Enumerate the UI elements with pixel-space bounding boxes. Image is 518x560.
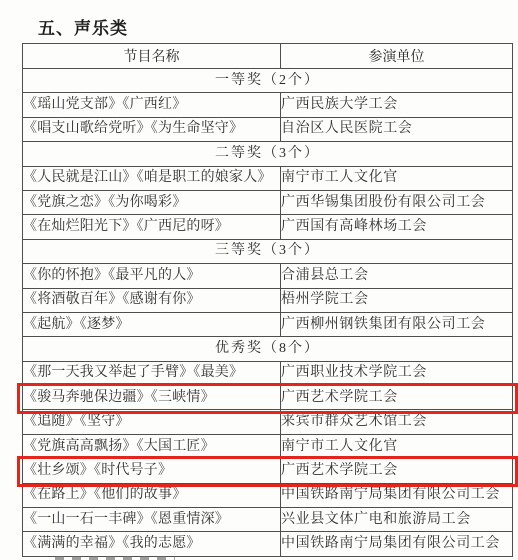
program-cell: 《骏马奔驰保边疆》《三峡情》 — [23, 386, 281, 410]
program-cell: 《人民就是江山》《咱是职工的娘家人》 — [23, 166, 281, 190]
program-cell: 《党旗高高飘扬》《大国工匠》 — [23, 434, 281, 458]
unit-cell: 合浦县总工会 — [281, 264, 513, 288]
unit-cell: 南宁市工人文化官 — [281, 166, 513, 190]
unit-cell: 中国铁路南宁局集团有限公司工会 — [281, 483, 513, 507]
unit-cell: 南宁市工人文化官 — [281, 434, 513, 458]
unit-cell: 广西民族大学工会 — [281, 93, 513, 117]
unit-cell: 自治区人民医院工会 — [281, 117, 513, 141]
table-row: 《满满的幸福》《我的志愿》中国铁路南宁局集团有限公司工会 — [23, 532, 513, 556]
program-cell: 《起航》《逐梦》 — [23, 312, 281, 336]
program-cell: 《你的怀抱》《最平凡的人》 — [23, 264, 281, 288]
table-row: 《党旗之恋》《为你喝彩》广西华锡集团股份有限公司工会 — [23, 190, 513, 214]
program-cell: 《将酒敬百年》《感谢有你》 — [23, 288, 281, 312]
table-row: 《人民就是江山》《咱是职工的娘家人》南宁市工人文化官 — [23, 166, 513, 190]
program-cell: 《瑶山党支部》《广西红》 — [23, 93, 281, 117]
section-label: 二等奖（3个） — [23, 142, 513, 166]
table-row: 《在路上》《他们的故事》中国铁路南宁局集团有限公司工会 — [23, 483, 513, 507]
program-cell: 《唱支山歌给党听》《为生命坚守》 — [23, 117, 281, 141]
program-cell: 《党旗之恋》《为你喝彩》 — [23, 190, 281, 214]
section-row: 二等奖（3个） — [23, 142, 513, 166]
unit-cell: 来宾市群众艺术馆工会 — [281, 410, 513, 434]
table-row: 《唱支山歌给党听》《为生命坚守》自治区人民医院工会 — [23, 117, 513, 141]
section-label: 三等奖（3个） — [23, 239, 513, 263]
unit-cell: 广西国有高峰林场工会 — [281, 215, 513, 239]
table-row: 《壮乡颂》《时代号子》广西艺术学院工会 — [23, 459, 513, 483]
table-row: 《在灿烂阳光下》《广西尼的呀》广西国有高峰林场工会 — [23, 215, 513, 239]
table-header: 节目名称 参演单位 — [23, 44, 513, 69]
header-row: 节目名称 参演单位 — [23, 44, 513, 69]
table-row: 《骏马奔驰保边疆》《三峡情》广西艺术学院工会 — [23, 386, 513, 410]
table-row: 《瑶山党支部》《广西红》广西民族大学工会 — [23, 93, 513, 117]
unit-cell: 广西柳州钢铁集团有限公司工会 — [281, 312, 513, 336]
awards-table: 节目名称 参演单位 一等奖（2个）《瑶山党支部》《广西红》广西民族大学工会《唱支… — [22, 43, 513, 557]
table-row: 《一山一石一丰碑》《恩重情深》兴业县文体广电和旅游局工会 — [23, 508, 513, 532]
section-label: 优秀奖（8个） — [23, 337, 513, 361]
bottom-cutoff-text — [55, 556, 175, 560]
program-cell: 《那一天我又举起了手臂》《最美》 — [23, 361, 281, 385]
table-row: 《党旗高高飘扬》《大国工匠》南宁市工人文化官 — [23, 434, 513, 458]
header-performing-unit: 参演单位 — [281, 44, 513, 69]
unit-cell: 广西艺术学院工会 — [281, 459, 513, 483]
table-row: 《起航》《逐梦》广西柳州钢铁集团有限公司工会 — [23, 312, 513, 336]
table-row: 《追随》《坚守》来宾市群众艺术馆工会 — [23, 410, 513, 434]
section-row: 三等奖（3个） — [23, 239, 513, 263]
document-page: 五、声乐类 节目名称 参演单位 一等奖（2个）《瑶山党支部》《广西红》广西民族大… — [0, 0, 518, 560]
table-body: 一等奖（2个）《瑶山党支部》《广西红》广西民族大学工会《唱支山歌给党听》《为生命… — [23, 69, 513, 557]
section-row: 一等奖（2个） — [23, 69, 513, 93]
table-row: 《那一天我又举起了手臂》《最美》广西职业技术学院工会 — [23, 361, 513, 385]
page-title: 五、声乐类 — [38, 19, 518, 38]
program-cell: 《追随》《坚守》 — [23, 410, 281, 434]
program-cell: 《在灿烂阳光下》《广西尼的呀》 — [23, 215, 281, 239]
section-label: 一等奖（2个） — [23, 69, 513, 93]
header-program-name: 节目名称 — [23, 44, 281, 69]
program-cell: 《一山一石一丰碑》《恩重情深》 — [23, 508, 281, 532]
unit-cell: 兴业县文体广电和旅游局工会 — [281, 508, 513, 532]
unit-cell: 广西职业技术学院工会 — [281, 361, 513, 385]
unit-cell: 梧州学院工会 — [281, 288, 513, 312]
table-row: 《你的怀抱》《最平凡的人》合浦县总工会 — [23, 264, 513, 288]
table-row: 《将酒敬百年》《感谢有你》梧州学院工会 — [23, 288, 513, 312]
unit-cell: 广西华锡集团股份有限公司工会 — [281, 190, 513, 214]
unit-cell: 中国铁路南宁局集团有限公司工会 — [281, 532, 513, 556]
program-cell: 《壮乡颂》《时代号子》 — [23, 459, 281, 483]
section-row: 优秀奖（8个） — [23, 337, 513, 361]
unit-cell: 广西艺术学院工会 — [281, 386, 513, 410]
program-cell: 《在路上》《他们的故事》 — [23, 483, 281, 507]
program-cell: 《满满的幸福》《我的志愿》 — [23, 532, 281, 556]
